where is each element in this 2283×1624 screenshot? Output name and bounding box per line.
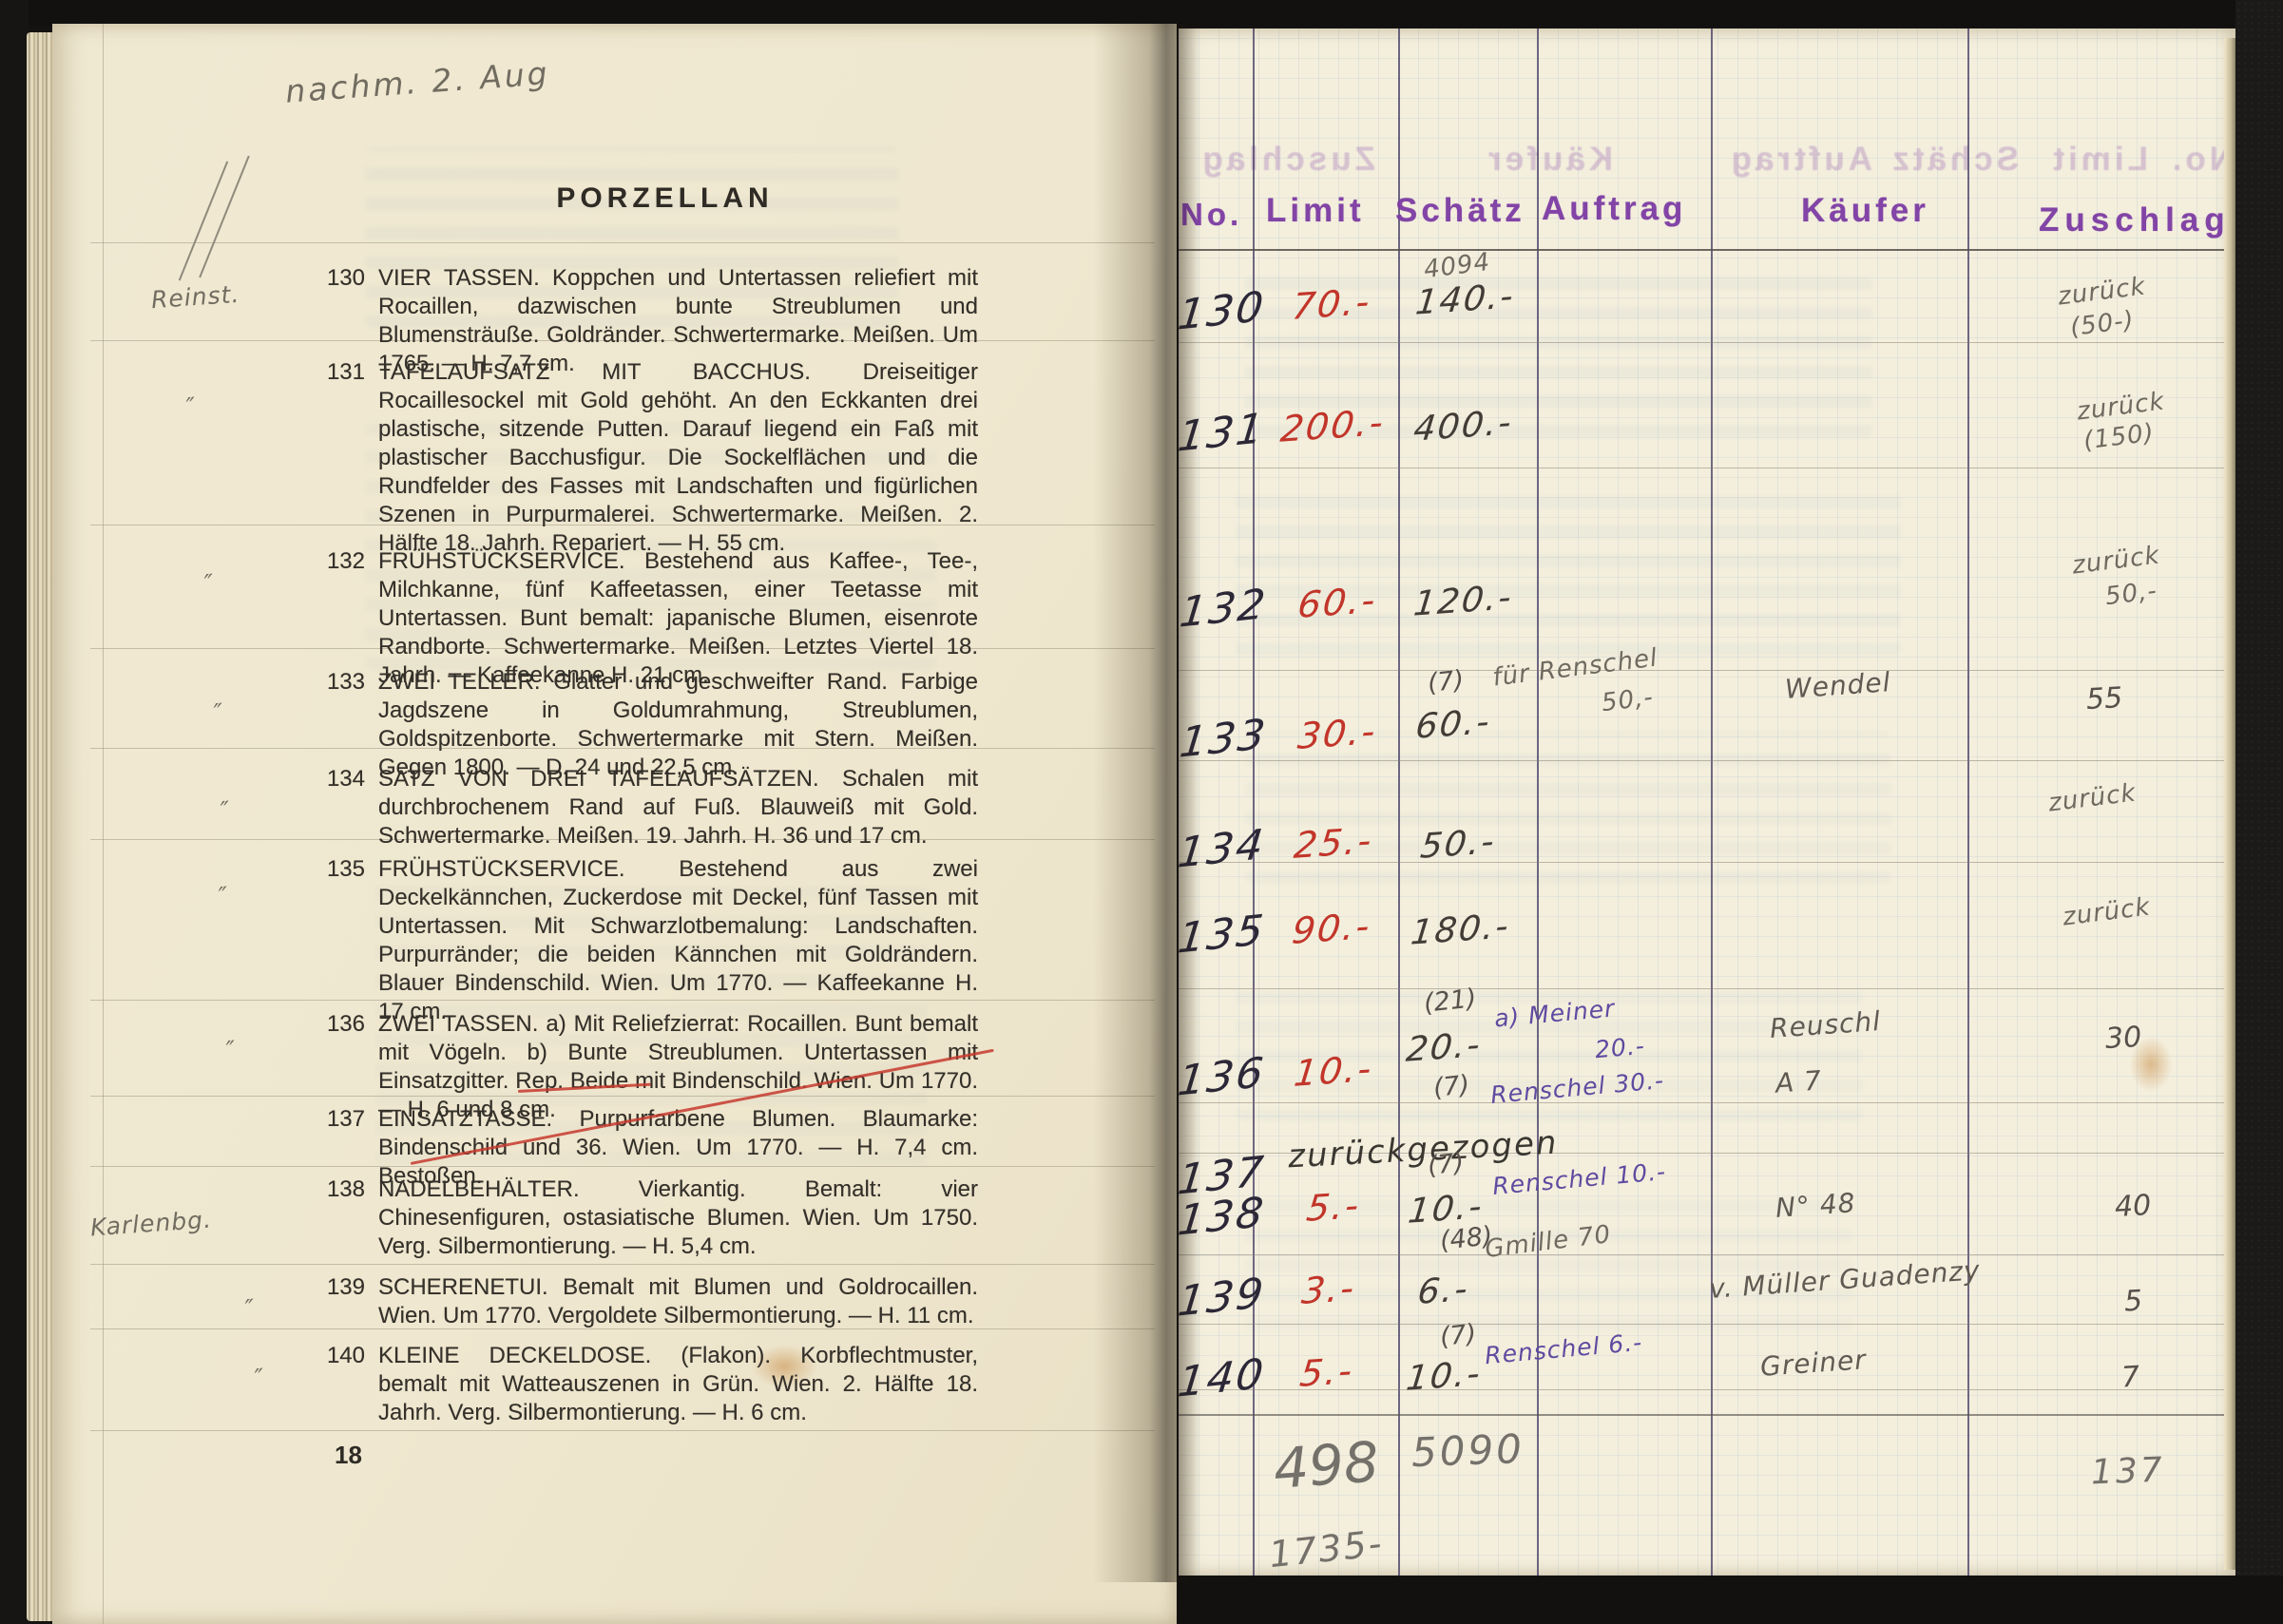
ledger-estimate: 20.- (1404, 1025, 1483, 1069)
page-edge-right (2224, 38, 2235, 1570)
header-rule (1179, 249, 2235, 251)
item-description: FRÜHSTÜCKSERVICE. Bestehend aus zwei Dec… (378, 855, 978, 1026)
book-cover-top-edge (0, 0, 2283, 27)
ledger-buyer: Greiner (1759, 1344, 1868, 1383)
ledger-page-right: No. Limit Schätz Auftrag Käufer Zuschlag… (1179, 29, 2235, 1576)
ghost-header-zuschlag: Zuschlag (1199, 141, 1375, 179)
margin-rule (103, 24, 104, 1624)
item-number: 140 (321, 1342, 365, 1370)
row-rule (1179, 670, 2235, 671)
ledger-hammer-price: 40 (2114, 1189, 2152, 1224)
ledger-lot-number: 135 (1176, 906, 1268, 963)
ledger-order-amount: 20.- (1594, 1032, 1646, 1063)
page-stack-edges (27, 32, 55, 1621)
ledger-limit: 25.- (1292, 819, 1375, 867)
ledger-result-note: 50,- (2103, 577, 2158, 611)
ledger-paren-note: (21) (1423, 984, 1478, 1019)
header-auftrag: Auftrag (1542, 190, 1686, 228)
ledger-limit: 60.- (1295, 579, 1379, 626)
ledger-limit: 70.- (1290, 280, 1373, 328)
ledger-estimate: 400.- (1411, 403, 1515, 449)
ledger-paren-note: (7) (1426, 1148, 1465, 1181)
catalog-item-135: 135 FRÜHSTÜCKSERVICE. Bestehend aus zwei… (321, 855, 978, 1026)
item-description: SATZ VON DREI TAFELAUFSÄTZEN. Schalen mi… (378, 765, 978, 850)
margin-note-ditto: ″ (244, 1294, 256, 1323)
item-number: 132 (321, 547, 365, 576)
ghost-header-auftrag: Auftrag (1728, 141, 1872, 179)
ledger-result-note: (50-) (2068, 306, 2136, 342)
ledger-withdrawn-remark: zurückgezogen (1287, 1124, 1559, 1176)
catalog-item-140: 140 KLEINE DECKELDOSE. (Flakon). Korbfle… (321, 1342, 978, 1427)
ledger-estimate: 120.- (1411, 578, 1515, 623)
item-description: NADELBEHÄLTER. Vierkantig. Bemalt: vier … (378, 1175, 978, 1261)
ledger-hammer-price: 7 (2120, 1361, 2140, 1395)
page-number: 18 (335, 1441, 362, 1470)
margin-note-ditto: ″ (220, 796, 231, 825)
ledger-paren-note: (7) (1438, 1319, 1477, 1352)
item-number: 139 (321, 1273, 365, 1302)
margin-note-ditto: ″ (218, 882, 229, 910)
column-rule (1253, 29, 1255, 1576)
catalog-page-left: nachm. 2. Aug Reinst. ″ ″ ″ ″ ″ ″ Karlen… (52, 24, 1177, 1624)
ledger-lot-number: 139 (1176, 1269, 1268, 1326)
ledger-estimate: 50.- (1418, 822, 1497, 866)
ledger-result-note: zurück (2062, 892, 2153, 931)
ledger-order-amount: 50,- (1600, 683, 1655, 717)
row-rule (1179, 1324, 2235, 1325)
ledger-buyer-code: A 7 (1775, 1064, 1823, 1099)
ledger-limit: 90.- (1290, 905, 1373, 952)
row-rule (1179, 1254, 2235, 1255)
ledger-lot-number: 132 (1178, 580, 1270, 637)
ledger-limit: 10.- (1292, 1047, 1375, 1095)
header-schatz: Schätz (1395, 192, 1525, 230)
catalog-item-131: 131 TAFELAUFSATZ MIT BACCHUS. Dreiseitig… (321, 358, 978, 558)
totals-rule (1179, 1414, 2235, 1416)
ledger-limit: 200.- (1278, 401, 1387, 449)
margin-note-ditto: ″ (225, 1036, 237, 1064)
rule-line (90, 1264, 1155, 1265)
ledger-lot-number: 131 (1176, 404, 1268, 461)
margin-note: Karlenbg. (89, 1206, 213, 1242)
ledger-lot-number: 134 (1176, 820, 1268, 877)
ledger-result-note: zurück (2057, 272, 2148, 311)
ghost-header-schatz: Schätz (1889, 141, 2019, 179)
ledger-buyer: Reuschl (1769, 1005, 1882, 1044)
item-number: 138 (321, 1175, 365, 1204)
ledger-result-note: zurück (2071, 541, 2162, 580)
catalog-item-139: 139 SCHERENETUI. Bemalt mit Blumen und G… (321, 1273, 978, 1330)
item-description: SCHERENETUI. Bemalt mit Blumen und Goldr… (378, 1273, 978, 1330)
item-number: 130 (321, 264, 365, 293)
item-description: KLEINE DECKELDOSE. (Flakon). Korbflechtm… (378, 1342, 978, 1427)
row-rule (1179, 760, 2235, 761)
item-number: 137 (321, 1105, 365, 1134)
ledger-estimate: 6.- (1416, 1270, 1471, 1312)
margin-note: Reinst. (150, 280, 240, 314)
book-cover-left (0, 0, 29, 1624)
margin-note-ditto: ″ (213, 698, 224, 727)
ledger-limit: 3.- (1299, 1267, 1357, 1312)
ledger-estimate: 10.- (1404, 1354, 1483, 1398)
ledger-estimate: 60.- (1413, 702, 1492, 746)
column-rule (1711, 29, 1713, 1576)
item-number: 135 (321, 855, 365, 884)
ledger-hammer-price: 55 (2085, 681, 2123, 716)
ledger-lot-number: 136 (1176, 1048, 1268, 1105)
ledger-hammer-price: 30 (2104, 1021, 2142, 1056)
item-number: 134 (321, 765, 365, 793)
row-rule (1179, 1102, 2235, 1103)
ledger-lot-number: 133 (1178, 710, 1270, 767)
ledger-limit: 30.- (1295, 710, 1379, 757)
catalog-item-134: 134 SATZ VON DREI TAFELAUFSÄTZEN. Schale… (321, 765, 978, 850)
ledger-limit: 5.- (1297, 1349, 1355, 1395)
rule-line (90, 242, 1155, 243)
page-reference-number: 137 (2090, 1451, 2165, 1493)
ledger-order-note: Renschel 6.- (1484, 1328, 1643, 1369)
ledger-result-note: zurück (2047, 778, 2139, 817)
ghost-mirrored-header: No. Limit Schätz Auftrag Käufer Zuschlag (1179, 141, 2235, 184)
check-slash-mark (199, 156, 250, 278)
ghost-header-limit: Limit (2049, 141, 2148, 179)
ledger-limit: 5.- (1304, 1184, 1362, 1230)
ledger-lot-number: 130 (1176, 282, 1268, 339)
header-no: No. (1180, 197, 1242, 233)
rule-line (90, 1430, 1155, 1431)
ledger-buyer: N° 48 (1775, 1187, 1857, 1224)
header-kaufer: Käufer (1801, 192, 1929, 230)
section-title: PORZELLAN (365, 182, 965, 215)
ledger-buyer: Wendel (1784, 666, 1891, 705)
item-number: 131 (321, 358, 365, 387)
handwritten-date-note: nachm. 2. Aug (284, 54, 551, 109)
ledger-lot-number: 140 (1176, 1349, 1268, 1406)
ghost-print (1236, 485, 1901, 656)
column-rule (1967, 29, 1969, 1576)
catalog-item-138: 138 NADELBEHÄLTER. Vierkantig. Bemalt: v… (321, 1175, 978, 1261)
item-description: TAFELAUFSATZ MIT BACCHUS. Dreiseitiger R… (378, 358, 978, 558)
auction-catalog-scan: nachm. 2. Aug Reinst. ″ ″ ″ ″ ″ ″ Karlen… (0, 0, 2283, 1624)
row-rule (1179, 988, 2235, 989)
margin-note-ditto: ″ (254, 1364, 265, 1392)
limit-column-total: 498 (1272, 1429, 1381, 1501)
limit-column-total-2: 1735- (1267, 1522, 1385, 1576)
ledger-estimate: 180.- (1409, 907, 1512, 952)
book-cover-right (2235, 0, 2283, 1624)
ledger-paren-note: (7) (1426, 665, 1465, 698)
ledger-paren-note: (7) (1431, 1070, 1470, 1103)
margin-note-ditto: ″ (185, 392, 197, 421)
row-rule (1179, 342, 2235, 343)
header-limit: Limit (1266, 192, 1365, 230)
ledger-lot-number: 138 (1176, 1188, 1268, 1245)
item-number: 133 (321, 668, 365, 697)
ghost-header-kaufer: Käufer (1485, 141, 1613, 179)
column-rule (1398, 29, 1400, 1576)
row-rule (1179, 468, 2235, 468)
margin-note-ditto: ″ (203, 569, 215, 598)
ledger-hammer-price: 5 (2123, 1285, 2143, 1319)
item-number: 136 (321, 1010, 365, 1039)
header-zuschlag: Zuschlag (2039, 201, 2231, 239)
ledger-estimate: 140.- (1413, 277, 1517, 322)
book-cover-bottom-edge (1177, 1576, 2283, 1624)
estimate-column-total: 5090 (1410, 1425, 1525, 1476)
